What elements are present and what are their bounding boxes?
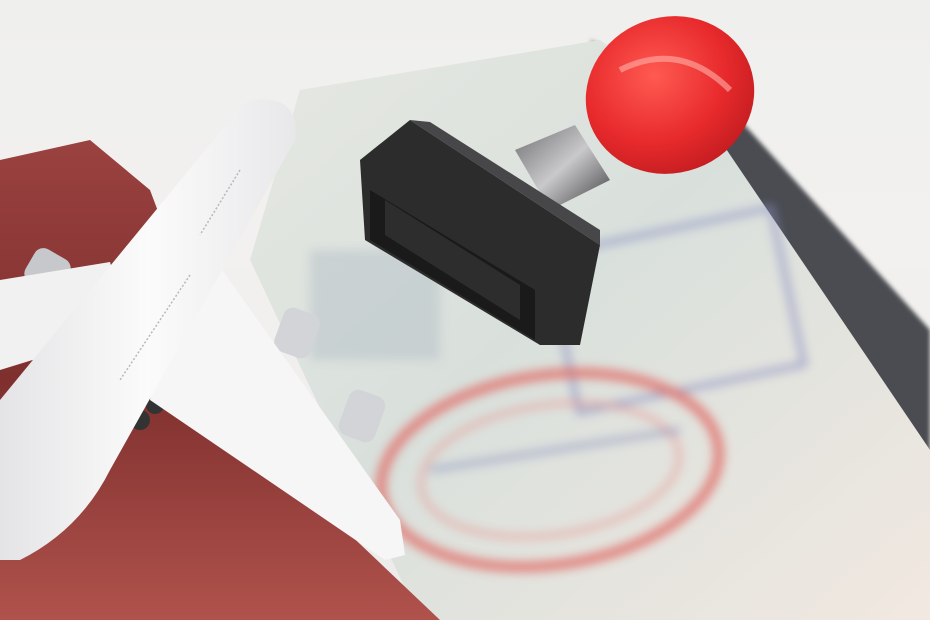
photo-scene [0,0,930,620]
scene-illustration [0,0,930,620]
